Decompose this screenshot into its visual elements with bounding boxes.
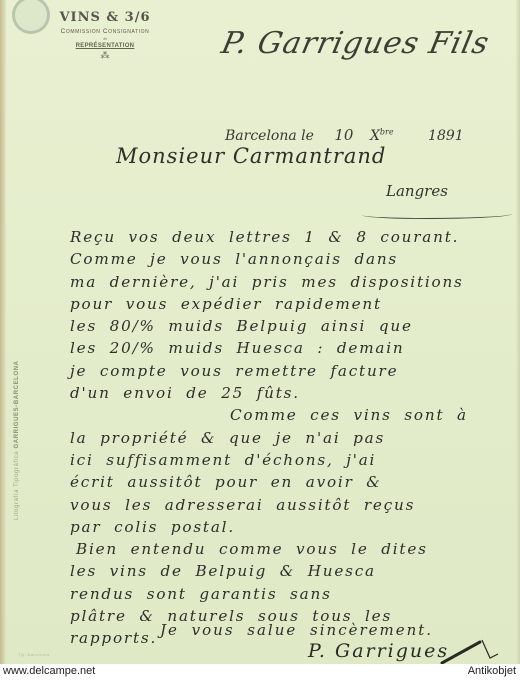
date-month: Xbre xyxy=(370,128,394,144)
side-imprint-prefix: Litografía Tipográfica xyxy=(14,451,20,520)
body-line: rendus sont garantis sans xyxy=(70,583,514,605)
date-place: Barcelona le xyxy=(225,128,314,144)
footer-site-link[interactable]: www.delcampe.net xyxy=(3,665,95,677)
body-line: vous les adresserai aussitôt reçus xyxy=(70,494,514,516)
body-line: pour vous expédier rapidement xyxy=(70,293,514,315)
body-line: d'un envoi de 25 fûts. xyxy=(70,382,514,404)
watermark-footer: www.delcampe.net Antikobjet xyxy=(0,664,520,680)
letter-body: Reçu vos deux lettres 1 & 8 courant. Com… xyxy=(70,226,514,650)
side-printer-imprint: Litografía Tipográfica GARRIGUES-BARCELO… xyxy=(14,320,20,520)
side-imprint-main: GARRIGUES-BARCELONA xyxy=(14,360,20,448)
signature: P. Garrigues xyxy=(308,640,449,662)
letterhead-representation: REPRÉSENTATION xyxy=(40,43,170,49)
closing-salutation: Je vous salue sincèrement. xyxy=(160,621,433,639)
body-line: Comme je vous l'annonçais dans xyxy=(70,248,514,270)
letterhead-conjunction: et xyxy=(40,36,170,41)
addressee-name: Monsieur Carmantrand xyxy=(116,144,386,168)
letterhead-title: VINS & 3/6 xyxy=(40,10,170,25)
date-month-suffix: bre xyxy=(380,127,394,136)
letter-page: VINS & 3/6 Commission Consignation et RE… xyxy=(0,0,520,664)
body-line: la propriété & que je n'ai pas xyxy=(70,427,514,449)
signature-flourish-icon xyxy=(440,638,500,664)
city-underline-flourish xyxy=(362,210,512,219)
body-line: les vins de Belpuig & Huesca xyxy=(70,560,514,582)
body-line: ici suffisamment d'échons, j'ai xyxy=(70,449,514,471)
body-line: les 20/% muids Huesca : demain xyxy=(70,337,514,359)
body-line: les 80/% muids Belpuig ainsi que xyxy=(70,315,514,337)
body-line: Reçu vos deux lettres 1 & 8 courant. xyxy=(70,226,514,248)
body-line: ma dernière, j'ai pris mes dispositions xyxy=(70,271,514,293)
body-line: je compte vous remettre facture xyxy=(70,360,514,382)
footer-seller-name: Antikobjet xyxy=(468,665,516,677)
bottom-printer-imprint: Tip. Barcelona xyxy=(18,652,49,657)
date-year: 1891 xyxy=(428,128,464,144)
date-month-numeral: X xyxy=(370,128,380,144)
letterhead: VINS & 3/6 Commission Consignation et RE… xyxy=(40,6,170,61)
ornament-icon: ⁂ xyxy=(40,50,170,61)
addressee-city: Langres xyxy=(386,182,448,200)
date-day: 10 xyxy=(334,126,353,144)
body-line: Comme ces vins sont à xyxy=(70,404,514,426)
letterhead-subtitle: Commission Consignation xyxy=(40,28,170,35)
company-name: P. Garrigues Fils xyxy=(218,26,492,61)
dateline: Barcelona le 10 Xbre 1891 xyxy=(225,126,464,144)
body-line: par colis postal. xyxy=(70,516,514,538)
body-line: écrit aussitôt pour en avoir & xyxy=(70,471,514,493)
body-line: Bien entendu comme vous le dites xyxy=(70,538,514,560)
